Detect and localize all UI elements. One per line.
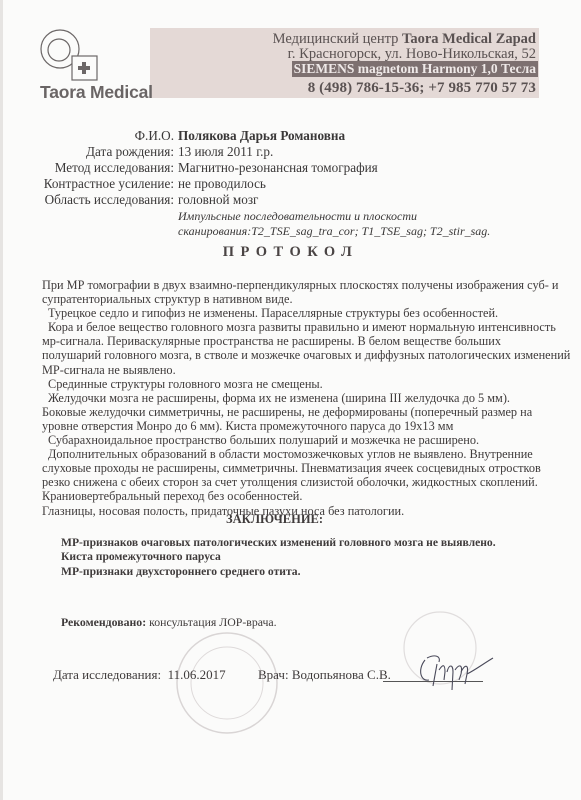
doctor-label: Врач: — [258, 667, 289, 682]
field-value: не проводилось — [178, 176, 266, 192]
field-label: Контрастное усиление: — [0, 176, 174, 192]
logo-text: Taora Medical — [40, 82, 153, 103]
protocol-line: Краниовертебральный переход без особенно… — [42, 489, 517, 503]
protocol-line: слуховые проходы не расширены, симметрич… — [42, 461, 517, 475]
conclusion-line: Киста промежуточного паруса — [61, 550, 496, 564]
conclusion-line: МР-признаки двухстороннего среднего отит… — [61, 565, 496, 579]
protocol-line: Кора и белое вещество головного мозга ра… — [42, 320, 517, 334]
protocol-line: Желудочки мозга не расширены, форма их н… — [42, 391, 517, 405]
field-label: Область исследования: — [0, 192, 174, 208]
protocol-line: полушарий головного мозга, в стволе и мо… — [42, 348, 517, 362]
signature-icon — [415, 650, 495, 695]
study-date-label: Дата исследования: — [53, 667, 161, 682]
study-date: Дата исследования: 11.06.2017 — [53, 667, 226, 683]
logo-ring-cross-icon — [40, 26, 100, 82]
field-label: Дата рождения: — [0, 144, 174, 160]
conclusion-title: ЗАКЛЮЧЕНИЕ: — [226, 512, 323, 527]
protocol-line: Турецкое седло и гипофиз не изменены. Па… — [42, 306, 517, 320]
doctor: Врач: Водопьянова С.В. — [258, 667, 391, 683]
protocol-line: При МР томографии в двух взаимно-перпенд… — [42, 278, 517, 292]
recommendation-label: Рекомендовано: — [61, 615, 146, 629]
sequences-line-2: сканирования:T2_TSE_sag_tra_cor; T1_TSE_… — [178, 224, 490, 239]
conclusion-body: МР-признаков очаговых патологических изм… — [61, 536, 496, 579]
field-label: Метод исследования: — [0, 160, 174, 176]
field-value: головной мозг — [178, 192, 258, 208]
equipment-label: SIEMENS magnetom Harmony 1,0 Тесла — [292, 61, 538, 77]
clinic-brand: Taora Medical Zapad — [402, 31, 536, 47]
protocol-line: резко снижена с обеих сторон за счет уто… — [42, 475, 517, 489]
protocol-line: Дополнительных образований в области мос… — [42, 447, 517, 461]
protocol-line: Боковые желудочки симметричны, не расшир… — [42, 405, 517, 419]
protocol-line: МР-сигнала не выявлено. — [42, 363, 517, 377]
field-value: 13 июля 2011 г.р. — [178, 144, 273, 160]
protocol-title: ПРОТОКОЛ — [0, 244, 581, 261]
recommendation-text: консультация ЛОР-врача. — [149, 615, 277, 629]
study-date-value: 11.06.2017 — [168, 667, 226, 682]
protocol-line: уровне отверстия Монро до 6 мм). Киста п… — [42, 419, 517, 433]
field-value: Магнитно-резонансная томография — [178, 160, 378, 176]
doctor-name: Водопьянова С.В. — [292, 667, 391, 682]
clinic-phones: 8 (498) 786-15-36; +7 985 770 57 73 — [308, 80, 536, 97]
protocol-line: Субарахноидальное пространство больших п… — [42, 433, 517, 447]
conclusion-line: МР-признаков очаговых патологических изм… — [61, 536, 496, 550]
clinic-prefix: Медицинский центр — [273, 31, 399, 47]
scan-edge — [0, 0, 3, 800]
field-label: Ф.И.О. — [0, 128, 174, 144]
clinic-stamp-icon — [172, 628, 282, 738]
medical-report-page: Taora Medical Медицинский центр Taora Me… — [0, 0, 581, 800]
protocol-line: Срединные структуры головного мозга не с… — [42, 377, 517, 391]
protocol-line: супратенториальных структур в нативном в… — [42, 292, 517, 306]
sequences-line-1: Импульсные последовательности и плоскост… — [178, 209, 417, 224]
protocol-body: При МР томографии в двух взаимно-перпенд… — [42, 278, 517, 518]
protocol-line: мр-сигнала. Периваскулярные пространства… — [42, 334, 517, 348]
field-value: Полякова Дарья Романовна — [178, 128, 345, 144]
